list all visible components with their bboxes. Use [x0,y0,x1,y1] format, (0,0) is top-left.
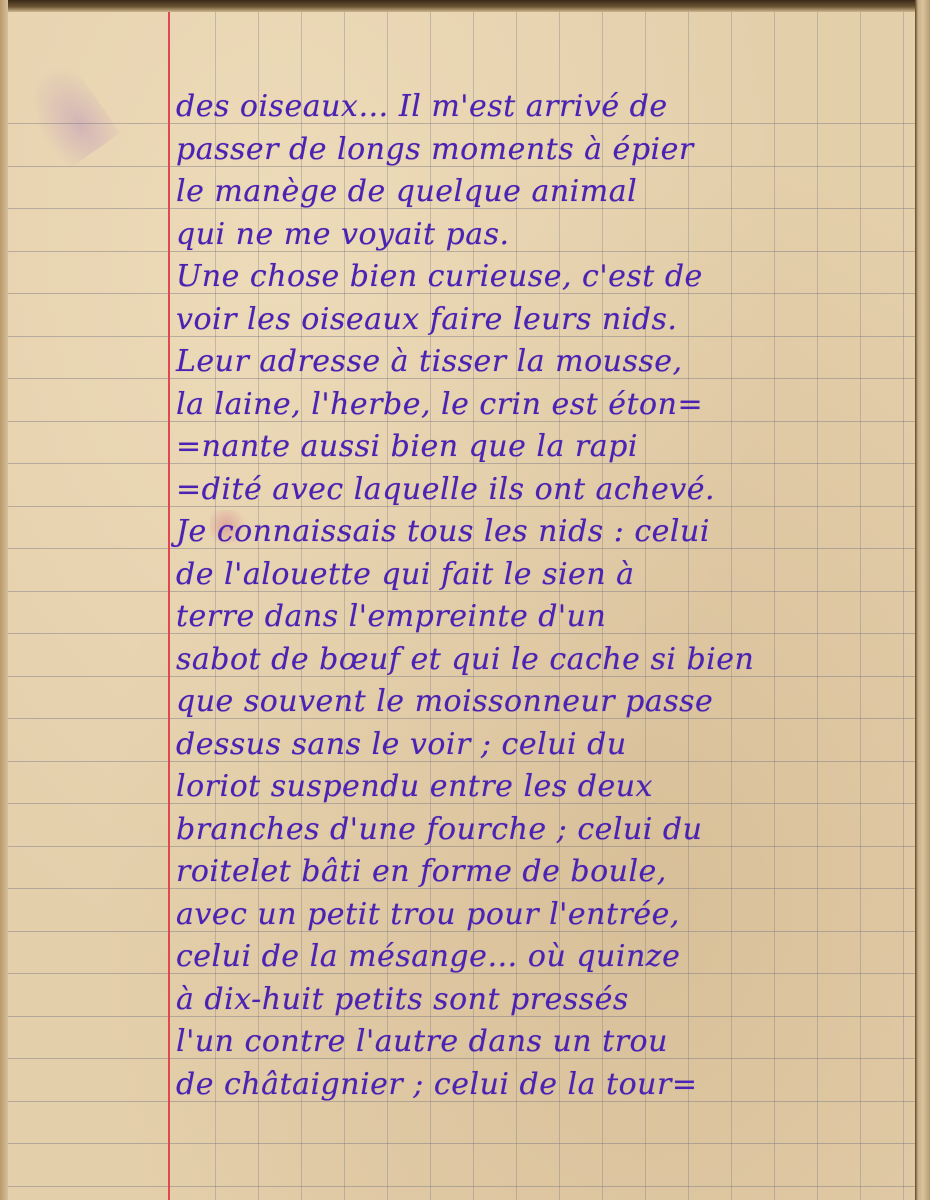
text-line: voir les oiseaux faire leurs nids. [176,299,916,342]
text-line: avec un petit trou pour l'entrée, [176,894,916,937]
ink-stain [6,51,121,173]
text-line: loriot suspendu entre les deux [176,766,916,809]
notebook-page: des oiseaux… Il m'est arrivé de passer d… [0,0,930,1200]
text-line: celui de la mésange… où quinze [176,936,916,979]
red-margin-line [168,12,170,1200]
text-line: =dité avec laquelle ils ont achevé. [176,469,916,512]
text-line: branches d'une fourche ; celui du [176,809,916,852]
page-top-edge [0,0,930,12]
text-line: Une chose bien curieuse, c'est de [176,256,916,299]
text-line: sabot de bœuf et qui le cache si bien [176,639,916,682]
text-line: dessus sans le voir ; celui du [176,724,916,767]
text-line: qui ne me voyait pas. [176,214,916,257]
page-left-edge [0,0,8,1200]
text-line: l'un contre l'autre dans un trou [176,1021,916,1064]
text-line: =nante aussi bien que la rapi [176,426,916,469]
text-line: roitelet bâti en forme de boule, [176,851,916,894]
text-line: de l'alouette qui fait le sien à [176,554,916,597]
handwritten-text: des oiseaux… Il m'est arrivé de passer d… [176,86,916,1106]
notebook-binding [915,0,930,1200]
ruled-line [8,1143,915,1144]
text-line: passer de longs moments à épier [176,129,916,172]
text-line: Je connaissais tous les nids : celui [176,511,916,554]
text-line: que souvent le moissonneur passe [176,681,916,724]
text-line: de châtaignier ; celui de la tour= [176,1064,916,1107]
text-line: des oiseaux… Il m'est arrivé de [176,86,916,129]
ruled-line [8,1186,915,1187]
text-line: Leur adresse à tisser la mousse, [176,341,916,384]
text-line: terre dans l'empreinte d'un [176,596,916,639]
text-line: le manège de quelque animal [176,171,916,214]
text-line: la laine, l'herbe, le crin est éton= [176,384,916,427]
text-line: à dix-huit petits sont pressés [176,979,916,1022]
